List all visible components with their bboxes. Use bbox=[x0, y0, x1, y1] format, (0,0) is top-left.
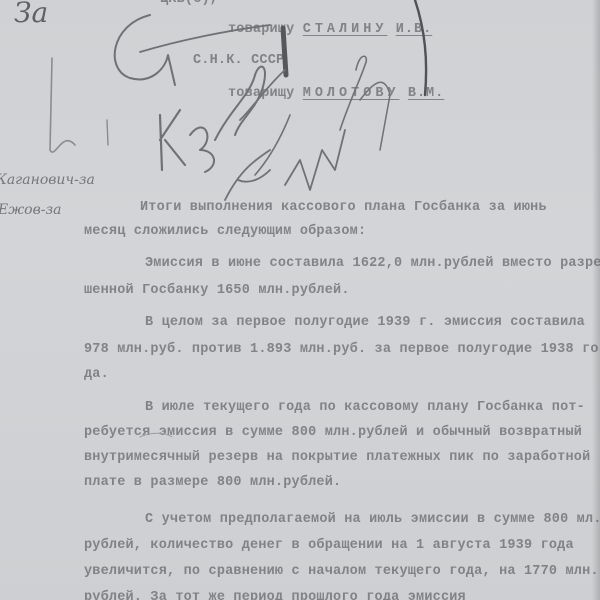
body-line-11: плате в размере 800 млн.рублей. bbox=[84, 475, 341, 490]
body-line-4: шенной Госбанку 1650 млн.рублей. bbox=[84, 283, 350, 298]
org-line: С.Н.К. СССР bbox=[193, 53, 284, 68]
body-line-5: В целом за первое полугодие 1939 г. эмис… bbox=[145, 315, 585, 330]
body-line-3: Эмиссия в июне составила 1622,0 млн.рубл… bbox=[145, 256, 600, 271]
body-line-1: Итоги выполнения кассового плана Госбанк… bbox=[140, 200, 547, 215]
header-top-partial: ЦКВ(б), bbox=[160, 0, 218, 7]
body-line-9: ребуется эмиссия в сумме 800 млн.рублей … bbox=[84, 425, 582, 440]
scan-edge-shadow bbox=[592, 0, 600, 600]
body-line-7: да. bbox=[84, 367, 109, 382]
body-line-14: увеличится, по сравнению с началом текущ… bbox=[84, 564, 599, 579]
addressee-2-name: МОЛОТОВУ bbox=[303, 86, 400, 101]
body-line-13: рублей, количество денег в обращении на … bbox=[84, 538, 574, 553]
addressee-2-prefix: товарищу bbox=[228, 86, 294, 101]
addressee-2-initials: В.М. bbox=[408, 86, 444, 101]
scanned-document-page: ЦКВ(б), товарищу СТАЛИНУ И.В. С.Н.К. ССС… bbox=[0, 0, 600, 600]
margin-note-top-left: За bbox=[14, 0, 48, 29]
addressee-1-name: СТАЛИНУ bbox=[303, 22, 388, 37]
margin-note-kaganovich: Каганович-за bbox=[0, 172, 95, 188]
body-line-8: В июле текущего года по кассовому плану … bbox=[145, 400, 585, 415]
body-line-6: 978 млн.руб. против 1.893 млн.руб. за пе… bbox=[84, 342, 600, 357]
body-line-12: С учетом предполагаемой на июль эмиссии … bbox=[145, 512, 600, 527]
body-line-15: рублей. За тот же период прошлого года э… bbox=[84, 590, 466, 600]
addressee-1-initials: И.В. bbox=[396, 22, 432, 37]
addressee-1: товарищу СТАЛИНУ И.В. bbox=[228, 22, 432, 37]
margin-note-ezhov: Ежов-за bbox=[0, 202, 61, 218]
body-line-10: внутримесячный резерв на покрытие платеж… bbox=[84, 450, 590, 465]
body-line-2: месяц сложились следующим образом: bbox=[84, 224, 366, 239]
addressee-2: товарищу МОЛОТОВУ В.М. bbox=[228, 86, 444, 101]
addressee-1-prefix: товарищу bbox=[228, 22, 294, 37]
